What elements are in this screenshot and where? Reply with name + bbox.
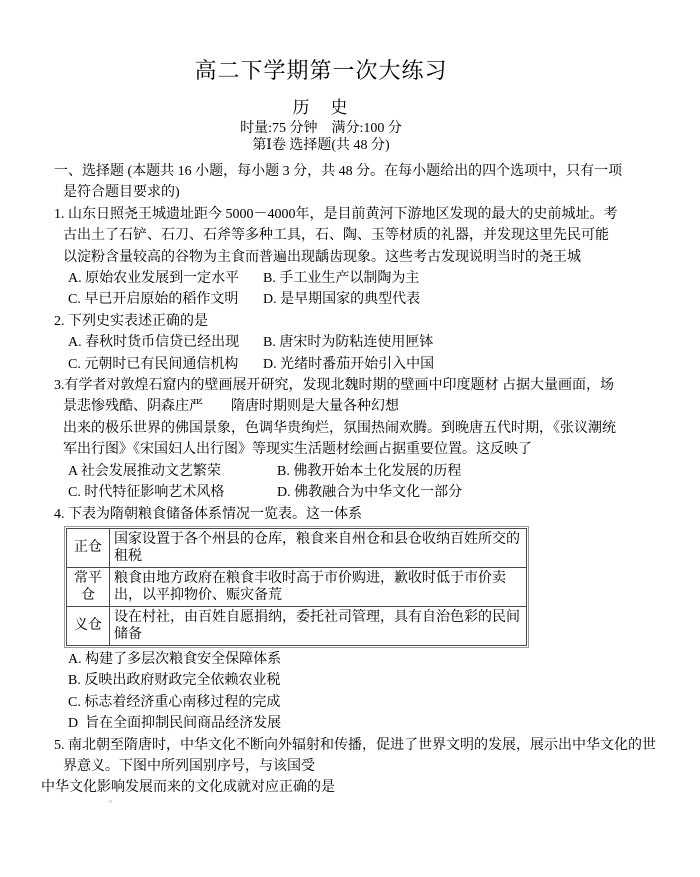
table-row: 常平仓 粮食由地方政府在粮食丰收时高于市价购进，歉收时低于市价卖出，以平抑物价、… (67, 567, 527, 606)
option-a: A. 春秋时货币信贷已经出现 (68, 332, 263, 353)
question-2-options: A. 春秋时货币信贷已经出现 B. 唐宋时为防粘连使用匣钵 C. 元朝时已有民间… (68, 332, 680, 375)
question-1-line: 1. 山东日照尧王城遗址距今 5000－4000年，是目前黄河下游地区发现的最大… (54, 204, 680, 225)
option-c: C. 元朝时已有民间通信机构 (68, 354, 263, 375)
option-b: B. 手工业生产以制陶为主 (263, 268, 419, 289)
volume-heading: 第Ⅰ卷 选择题(共 48 分) (41, 137, 601, 154)
option-b: B. 唐宋时为防粘连使用匣钵 (263, 332, 433, 353)
row-desc: 国家设置于各个州县的仓库，粮食来自州仓和县仓收纳百姓所交的租税 (110, 528, 527, 567)
option-c: C. 早已开启原始的稻作文明 (68, 289, 263, 310)
question-3-line: 军出行图》《宋国妇人出行图》等现实生活题材绘画占据重要位置。这反映了 (63, 439, 680, 460)
question-5-line: 中华文化影响发展而来的文化成就对应正确的是 (41, 777, 680, 798)
option-d: D. 佛教融合为中华文化一部分 (277, 482, 462, 503)
section-heading-line-1: 一、选择题 (本题共 16 小题，每小题 3 分，共 48 分。在每小题给出的四… (54, 161, 680, 182)
question-4-stem: 4. 下表为隋朝粮食储备体系情况一览表。这一体系 (54, 504, 680, 525)
option-a: A. 原始农业发展到一定水平 (68, 268, 263, 289)
question-3-line: 3.有学者对敦煌石窟内的壁画展开研究，发现北魏时期的壁画中印度题材 占据大量画面… (54, 375, 680, 396)
question-3-options: A 社会发展推动文艺繁荣 B. 佛教开始本土化发展的历程 C. 时代特征影响艺术… (68, 461, 680, 504)
question-4-options: A. 构建了多层次粮食安全保障体系 B. 反映出政府财政完全依赖农业税 C. 标… (68, 649, 680, 735)
scan-artifact (109, 800, 112, 803)
option-row: A. 原始农业发展到一定水平 B. 手工业生产以制陶为主 (68, 268, 680, 289)
question-5: 5. 南北朝至隋唐时，中华文化不断向外辐射和传播，促进了世界文明的发展，展示出中… (41, 735, 680, 799)
row-label: 正仓 (67, 528, 110, 567)
table-row: 正仓 国家设置于各个州县的仓库，粮食来自州仓和县仓收纳百姓所交的租税 (67, 528, 527, 567)
exam-page: 高二下学期第一次大练习 历 史 时量:75 分钟 满分:100 分 第Ⅰ卷 选择… (0, 0, 700, 877)
option-a: A 社会发展推动文艺繁荣 (68, 461, 277, 482)
exam-meta: 时量:75 分钟 满分:100 分 (41, 120, 601, 137)
row-label: 义仓 (67, 606, 110, 645)
option-row: A. 春秋时货币信贷已经出现 B. 唐宋时为防粘连使用匣钵 (68, 332, 680, 353)
exam-title: 高二下学期第一次大练习 (41, 56, 601, 86)
question-5-line: 5. 南北朝至隋唐时，中华文化不断向外辐射和传播，促进了世界文明的发展，展示出中… (54, 735, 680, 756)
question-1-line: 以淀粉含量较高的谷物为主食而普遍出现龋齿现象。这些考古发现说明当时的尧王城 (63, 247, 680, 268)
table-row: 义仓 设在村社，由百姓自愿捐纳，委托社司管理，具有自治色彩的民间储备 (67, 606, 527, 645)
option-d: D 旨在全面抑制民间商品经济发展 (68, 713, 680, 734)
question-1-options: A. 原始农业发展到一定水平 B. 手工业生产以制陶为主 C. 早已开启原始的稻… (68, 268, 680, 311)
option-b: B. 反映出政府财政完全依赖农业税 (68, 670, 680, 691)
grain-storage-table: 正仓 国家设置于各个州县的仓库，粮食来自州仓和县仓收纳百姓所交的租税 常平仓 粮… (66, 528, 527, 646)
question-1-line: 古出土了石铲、石刀、石斧等多种工具，石、陶、玉等材质的礼器，并发现这里先民可能 (63, 225, 680, 246)
option-c: C. 时代特征影响艺术风格 (68, 482, 277, 503)
question-4: 4. 下表为隋朝粮食储备体系情况一览表。这一体系 正仓 国家设置于各个州县的仓库… (41, 504, 680, 735)
page-content: 高二下学期第一次大练习 历 史 时量:75 分钟 满分:100 分 第Ⅰ卷 选择… (0, 0, 700, 799)
section-heading-line-2: 是符合题目要求的) (63, 182, 680, 203)
row-desc: 粮食由地方政府在粮食丰收时高于市价购进，歉收时低于市价卖出，以平抑物价、赈灾备荒 (110, 567, 527, 606)
option-c: C. 标志着经济重心南移过程的完成 (68, 692, 680, 713)
option-d: D. 是早期国家的典型代表 (263, 289, 420, 310)
option-row: A 社会发展推动文艺繁荣 B. 佛教开始本土化发展的历程 (68, 461, 680, 482)
row-desc: 设在村社，由百姓自愿捐纳，委托社司管理，具有自治色彩的民间储备 (110, 606, 527, 645)
question-1: 1. 山东日照尧王城遗址距今 5000－4000年，是目前黄河下游地区发现的最大… (41, 204, 680, 311)
option-b: B. 佛教开始本土化发展的历程 (277, 461, 461, 482)
question-2-stem: 2. 下列史实表述正确的是 (54, 311, 680, 332)
question-2: 2. 下列史实表述正确的是 A. 春秋时货币信贷已经出现 B. 唐宋时为防粘连使… (41, 311, 680, 375)
question-3-line: 出来的极乐世界的佛国景象，色调华贵绚烂，氛围热闹欢腾。到晚唐五代时期，《张议潮统 (63, 418, 680, 439)
row-label: 常平仓 (67, 567, 110, 606)
option-row: C. 早已开启原始的稻作文明 D. 是早期国家的典型代表 (68, 289, 680, 310)
question-3-line: 景悲惨残酷、阴森庄严 隋唐时期则是大量各种幻想 (63, 396, 680, 417)
question-5-line: 界意义。下图中所列国别序号，与该国受 (63, 756, 680, 777)
subject-title: 历 史 (41, 97, 601, 119)
option-row: C. 元朝时已有民间通信机构 D. 光绪时番茄开始引入中国 (68, 354, 680, 375)
option-d: D. 光绪时番茄开始引入中国 (263, 354, 434, 375)
option-a: A. 构建了多层次粮食安全保障体系 (68, 649, 680, 670)
exam-header: 高二下学期第一次大练习 历 史 时量:75 分钟 满分:100 分 第Ⅰ卷 选择… (41, 56, 601, 154)
option-row: C. 时代特征影响艺术风格 D. 佛教融合为中华文化一部分 (68, 482, 680, 503)
question-3: 3.有学者对敦煌石窟内的壁画展开研究，发现北魏时期的壁画中印度题材 占据大量画面… (41, 375, 680, 503)
